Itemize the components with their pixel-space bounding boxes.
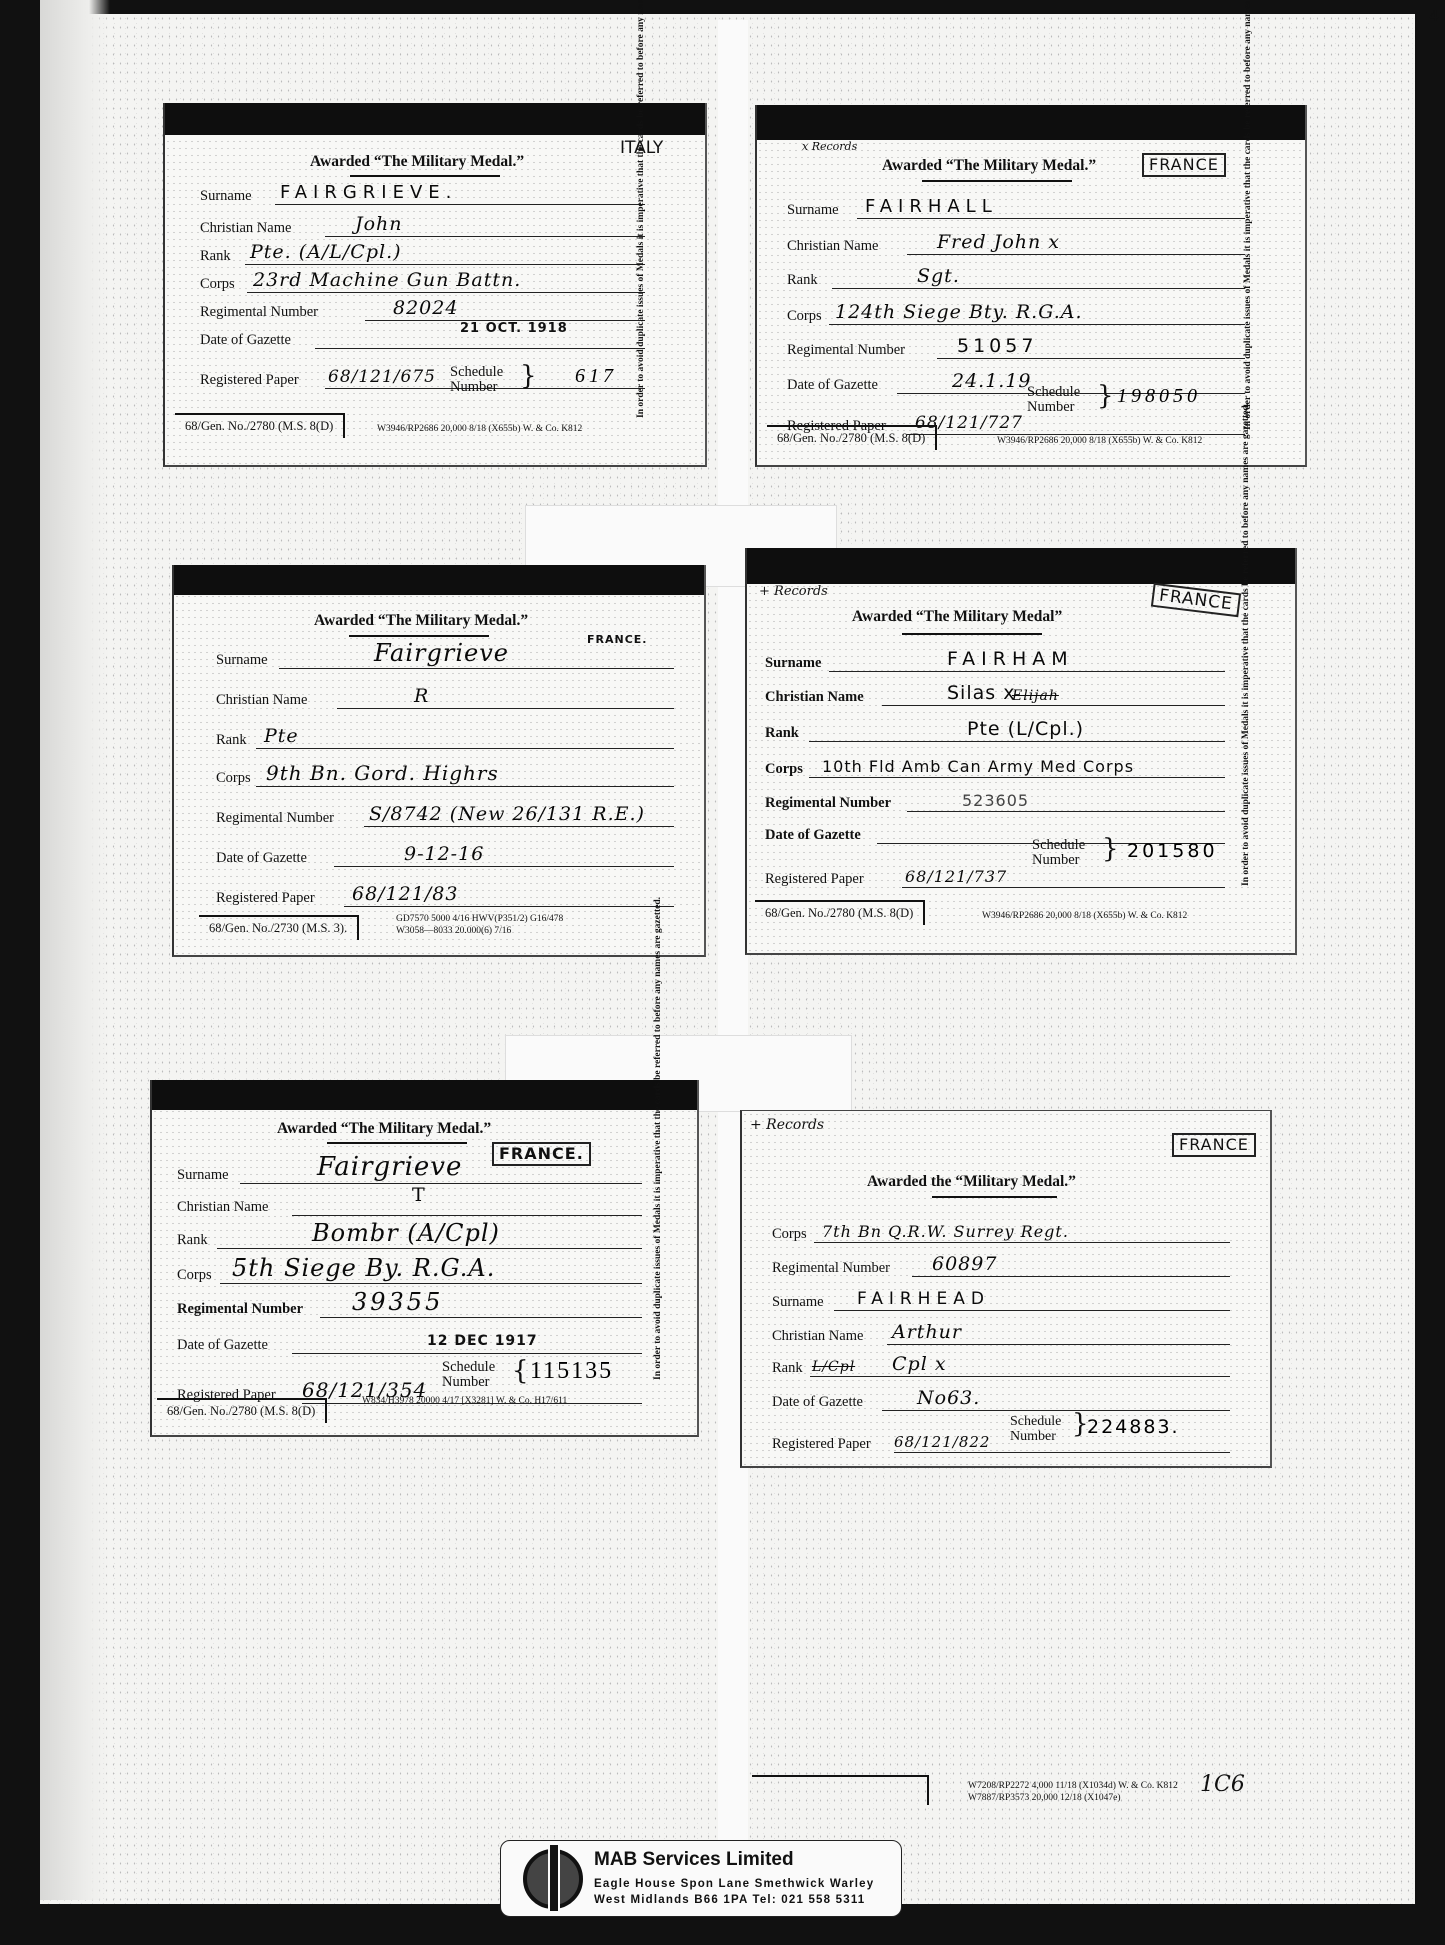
initials-annotation: 1C6 bbox=[1200, 1772, 1245, 1797]
corps-value: 23rd Machine Gun Battn. bbox=[253, 269, 521, 291]
surname-value: FAIRHEAD bbox=[857, 1289, 990, 1309]
card-title: Awarded “The Military Medal.” bbox=[314, 612, 528, 630]
card-title: Awarded “The Military Medal.” bbox=[882, 157, 1096, 175]
company-name: MAB Services Limited bbox=[594, 1849, 794, 1871]
records-annotation: + Records bbox=[750, 1117, 824, 1133]
christian-name-struck: Elijah bbox=[1012, 688, 1059, 704]
records-annotation: + Records bbox=[759, 584, 828, 599]
rank-value: Pte (L/Cpl.) bbox=[967, 718, 1084, 740]
gazette-date-stamp: 12 DEC 1917 bbox=[422, 1329, 543, 1353]
surname-value: FAIRGRIEVE. bbox=[280, 182, 457, 203]
rank-value: Bombr (A/Cpl) bbox=[312, 1219, 500, 1247]
corner-mark: 4 bbox=[1429, 6, 1439, 25]
print-code: W3946/RP2686 20,000 8/18 (X655b) W. & Co… bbox=[982, 910, 1187, 922]
registered-paper-value: 68/121/737 bbox=[905, 867, 1007, 886]
form-code: 68/Gen. No./2780 (M.S. 8(D) bbox=[755, 900, 925, 925]
print-code: W7887/RP3573 20,000 12/18 (X1047e) bbox=[968, 1792, 1121, 1804]
card-header-band bbox=[747, 548, 1295, 584]
side-note: In order to avoid duplicate issues of Me… bbox=[1242, 170, 1254, 430]
regimental-number-value: 39355 bbox=[352, 1288, 443, 1316]
card-header-band bbox=[165, 103, 705, 135]
rank-value: Sgt. bbox=[917, 265, 960, 287]
card-title: Awarded “The Military Medal” bbox=[852, 608, 1062, 626]
mab-services-stamp: MAB Services Limited Eagle House Spon La… bbox=[500, 1840, 902, 1917]
records-annotation: x Records bbox=[802, 140, 857, 153]
print-code: W3946/RP2686 20,000 8/18 (X655b) W. & Co… bbox=[997, 435, 1202, 447]
corps-value: 9th Bn. Gord. Highrs bbox=[266, 761, 499, 785]
rank-value: Pte bbox=[264, 725, 299, 747]
france-stamp: FRANCE bbox=[1151, 583, 1241, 618]
form-code: 68/Gen. No./2780 (M.S. 8(D) bbox=[767, 425, 937, 450]
christian-name-value: Arthur bbox=[892, 1321, 962, 1343]
gazette-date-value: 9-12-16 bbox=[404, 843, 484, 865]
print-code: W3058—8033 20.000(6) 7/16 bbox=[396, 925, 511, 937]
surname-value: FAIRHAM bbox=[947, 648, 1074, 670]
card-header-band bbox=[152, 1080, 697, 1110]
surname-value: Fairgrieve bbox=[374, 639, 509, 667]
corps-value: 124th Siege Bty. R.G.A. bbox=[835, 301, 1083, 323]
christian-name-value: John bbox=[355, 213, 403, 235]
registered-paper-value: 68/121/83 bbox=[352, 883, 458, 905]
vertical-gap bbox=[718, 20, 748, 1840]
rank-value: Pte. (A/L/Cpl.) bbox=[250, 241, 402, 263]
regimental-number-value: 82024 bbox=[393, 297, 458, 319]
corps-value: 5th Siege By. R.G.A. bbox=[232, 1254, 495, 1282]
regimental-number-value: S/8742 (New 26/131 R.E.) bbox=[369, 803, 645, 825]
card-title: Awarded “The Military Medal.” bbox=[310, 153, 524, 171]
registered-paper-value: 68/121/675 bbox=[328, 367, 436, 387]
france-stamp: FRANCE bbox=[1172, 1133, 1256, 1157]
christian-name-value: R bbox=[414, 685, 429, 707]
address-line-2: West Midlands B66 1PA Tel: 021 558 5311 bbox=[594, 1894, 865, 1906]
christian-name-value: Silas x bbox=[947, 682, 1015, 704]
card-header-band bbox=[174, 565, 704, 595]
schedule-number-value: 617 bbox=[575, 365, 617, 388]
side-note: In order to avoid duplicate issues of Me… bbox=[1240, 606, 1252, 886]
print-code: W7208/RP2272 4,000 11/18 (X1034d) W. & C… bbox=[968, 1780, 1178, 1792]
gazette-date-value: 24.1.19 bbox=[952, 370, 1032, 392]
card-title: Awarded the “Military Medal.” bbox=[867, 1173, 1076, 1191]
card-header-band bbox=[757, 105, 1305, 140]
regimental-number-value: 523605 bbox=[962, 791, 1029, 810]
mab-logo-icon bbox=[523, 1849, 583, 1909]
medal-card-fairhall: x Records Awarded “The Military Medal.” … bbox=[755, 105, 1307, 467]
print-code: GD7570 5000 4/16 HWV(P351/2) G16/478 bbox=[396, 913, 563, 925]
address-line-1: Eagle House Spon Lane Smethwick Warley bbox=[594, 1878, 874, 1890]
schedule-number-value: 201580 bbox=[1127, 840, 1218, 862]
print-code: W834/H3978 20000 4/17 [X3281] W. & Co. H… bbox=[362, 1395, 567, 1407]
gazette-date-stamp: 21 OCT. 1918 bbox=[455, 317, 573, 341]
scan-border bbox=[0, 1918, 1445, 1945]
card-title: Awarded “The Military Medal.” bbox=[277, 1120, 491, 1138]
regimental-number-value: 51057 bbox=[957, 335, 1037, 357]
form-code-blank bbox=[752, 1775, 929, 1805]
medal-card-fairgrieve-t: Awarded “The Military Medal.” FRANCE. Su… bbox=[150, 1080, 699, 1437]
schedule-number-value: 224883. bbox=[1087, 1416, 1180, 1438]
schedule-number-value: 198050 bbox=[1117, 385, 1201, 408]
medal-card-fairgrieve-john: Awarded “The Military Medal.” ITALY Surn… bbox=[163, 103, 707, 467]
regimental-number-value: 60897 bbox=[932, 1253, 997, 1275]
registered-paper-value: 68/121/822 bbox=[894, 1433, 990, 1451]
side-note: In order to avoid duplicate issues of Me… bbox=[652, 1120, 664, 1380]
rank-value: Cpl x bbox=[892, 1353, 947, 1375]
scan-shadow bbox=[40, 0, 110, 1900]
corps-value: 10th Fld Amb Can Army Med Corps bbox=[822, 757, 1134, 776]
medal-card-fairhead: + Records FRANCE Awarded the “Military M… bbox=[740, 1110, 1272, 1468]
christian-name-value: T bbox=[412, 1184, 426, 1206]
side-note: In order to avoid duplicate issues of Me… bbox=[635, 168, 647, 418]
surname-value: Fairgrieve bbox=[317, 1152, 462, 1182]
print-code: W3946/RP2686 20,000 8/18 (X655b) W. & Co… bbox=[377, 423, 582, 435]
christian-name-value: Fred John x bbox=[937, 231, 1060, 253]
schedule-number-value: 115135 bbox=[530, 1358, 613, 1385]
france-stamp: FRANCE bbox=[1142, 153, 1226, 177]
form-code: 68/Gen. No./2730 (M.S. 3). bbox=[199, 915, 359, 940]
form-code: 68/Gen. No./2780 (M.S. 8(D) bbox=[157, 1398, 327, 1423]
rank-struck: L/Cpl bbox=[812, 1359, 855, 1375]
medal-card-fairgrieve-r: Awarded “The Military Medal.” FRANCE. Su… bbox=[172, 565, 706, 957]
gazette-number-value: No63. bbox=[917, 1387, 980, 1409]
form-code: 68/Gen. No./2780 (M.S. 8(D) bbox=[175, 413, 345, 438]
corps-value: 7th Bn Q.R.W. Surrey Regt. bbox=[822, 1222, 1069, 1241]
medal-card-fairham: + Records Awarded “The Military Medal” F… bbox=[745, 548, 1297, 955]
surname-value: FAIRHALL bbox=[865, 196, 998, 217]
